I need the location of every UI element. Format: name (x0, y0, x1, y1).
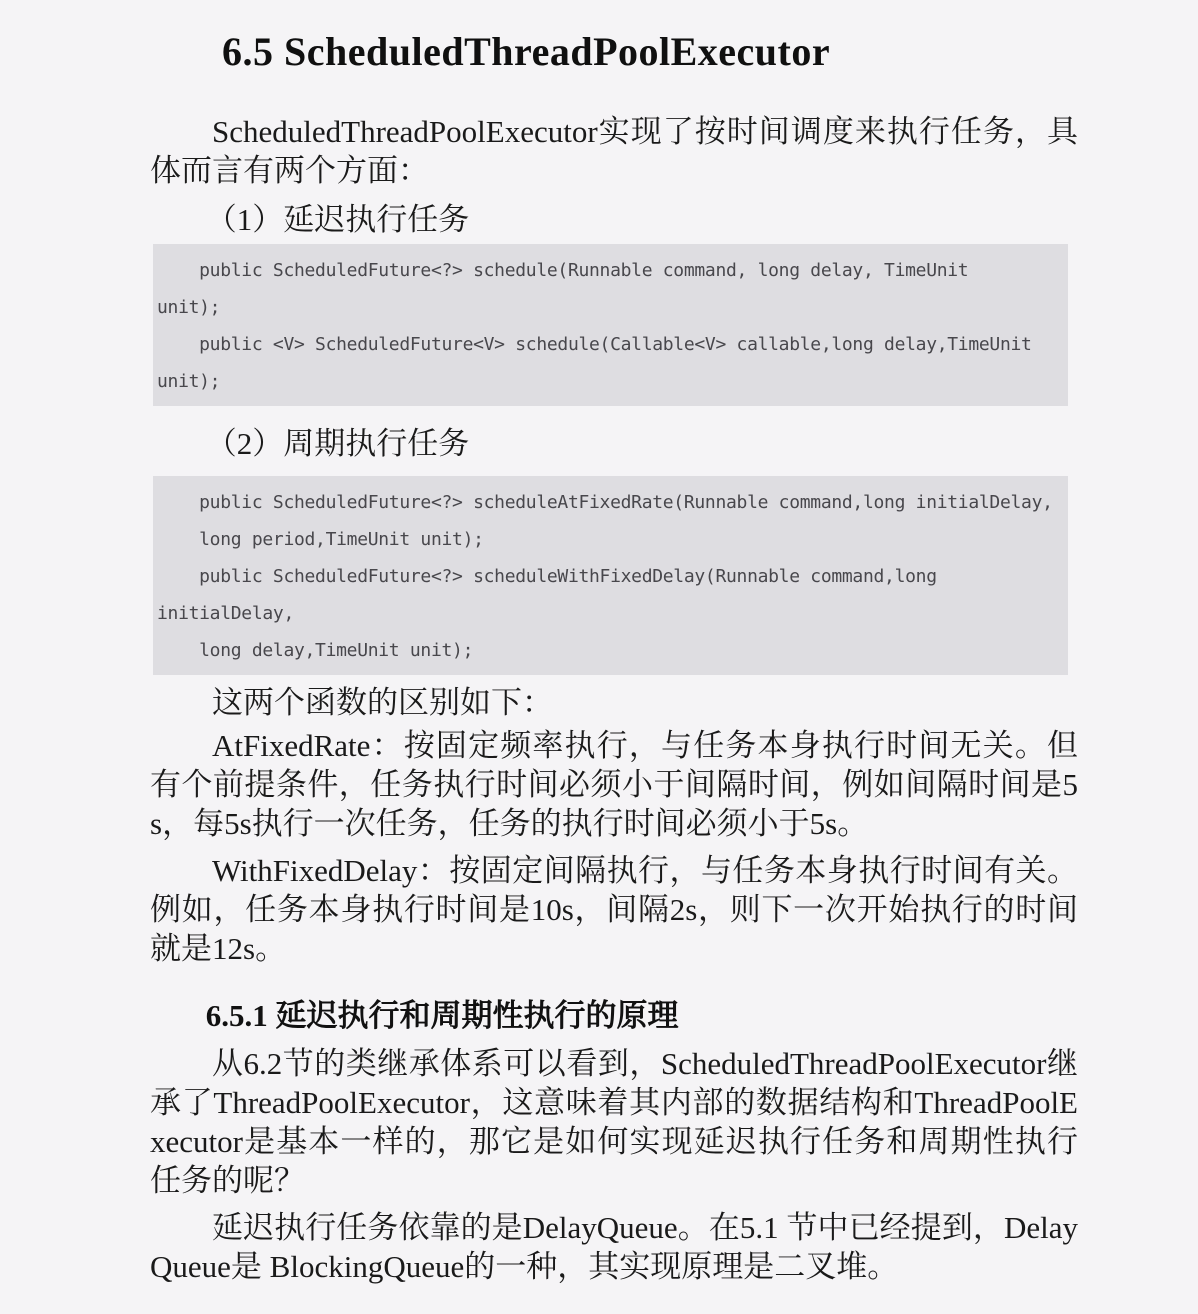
at-fixed-rate-paragraph: AtFixedRate：按固定频率执行，与任务本身执行时间无关。但有个前提条件，… (150, 726, 1078, 843)
page-content: 6.5 ScheduledThreadPoolExecutor Schedule… (150, 26, 1078, 1286)
list-item-2-label: （2）周期执行任务 (150, 424, 1078, 464)
section-title: 6.5 ScheduledThreadPoolExecutor (222, 26, 1078, 78)
code-line: public ScheduledFuture<?> scheduleAtFixe… (157, 484, 1064, 521)
inheritance-paragraph: 从6.2节的类继承体系可以看到，ScheduledThreadPoolExecu… (150, 1044, 1078, 1200)
code-line: long delay,TimeUnit unit); (157, 632, 1064, 669)
code-line: public <V> ScheduledFuture<V> schedule(C… (157, 326, 1064, 363)
book-page: 6.5 ScheduledThreadPoolExecutor Schedule… (0, 0, 1198, 1314)
code-block-delayed-schedule: public ScheduledFuture<?> schedule(Runna… (153, 244, 1068, 406)
code-line: initialDelay, (157, 595, 1064, 632)
with-fixed-delay-paragraph: WithFixedDelay：按固定间隔执行，与任务本身执行时间有关。例如，任务… (150, 851, 1078, 968)
code-line: public ScheduledFuture<?> scheduleWithFi… (157, 558, 1064, 595)
intro-paragraph: ScheduledThreadPoolExecutor实现了按时间调度来执行任务… (150, 112, 1078, 190)
difference-paragraph: 这两个函数的区别如下： (150, 683, 1078, 722)
code-line: long period,TimeUnit unit); (157, 521, 1064, 558)
code-line: public ScheduledFuture<?> schedule(Runna… (157, 252, 1064, 289)
delay-queue-paragraph: 延迟执行任务依靠的是DelayQueue。在5.1 节中已经提到，DelayQu… (150, 1208, 1078, 1286)
list-item-1-label: （1）延迟执行任务 (150, 200, 1078, 240)
code-line: unit); (157, 289, 1064, 326)
subsection-title: 6.5.1 延迟执行和周期性执行的原理 (150, 996, 1078, 1036)
code-line: unit); (157, 363, 1064, 400)
code-block-periodic-schedule: public ScheduledFuture<?> scheduleAtFixe… (153, 476, 1068, 675)
